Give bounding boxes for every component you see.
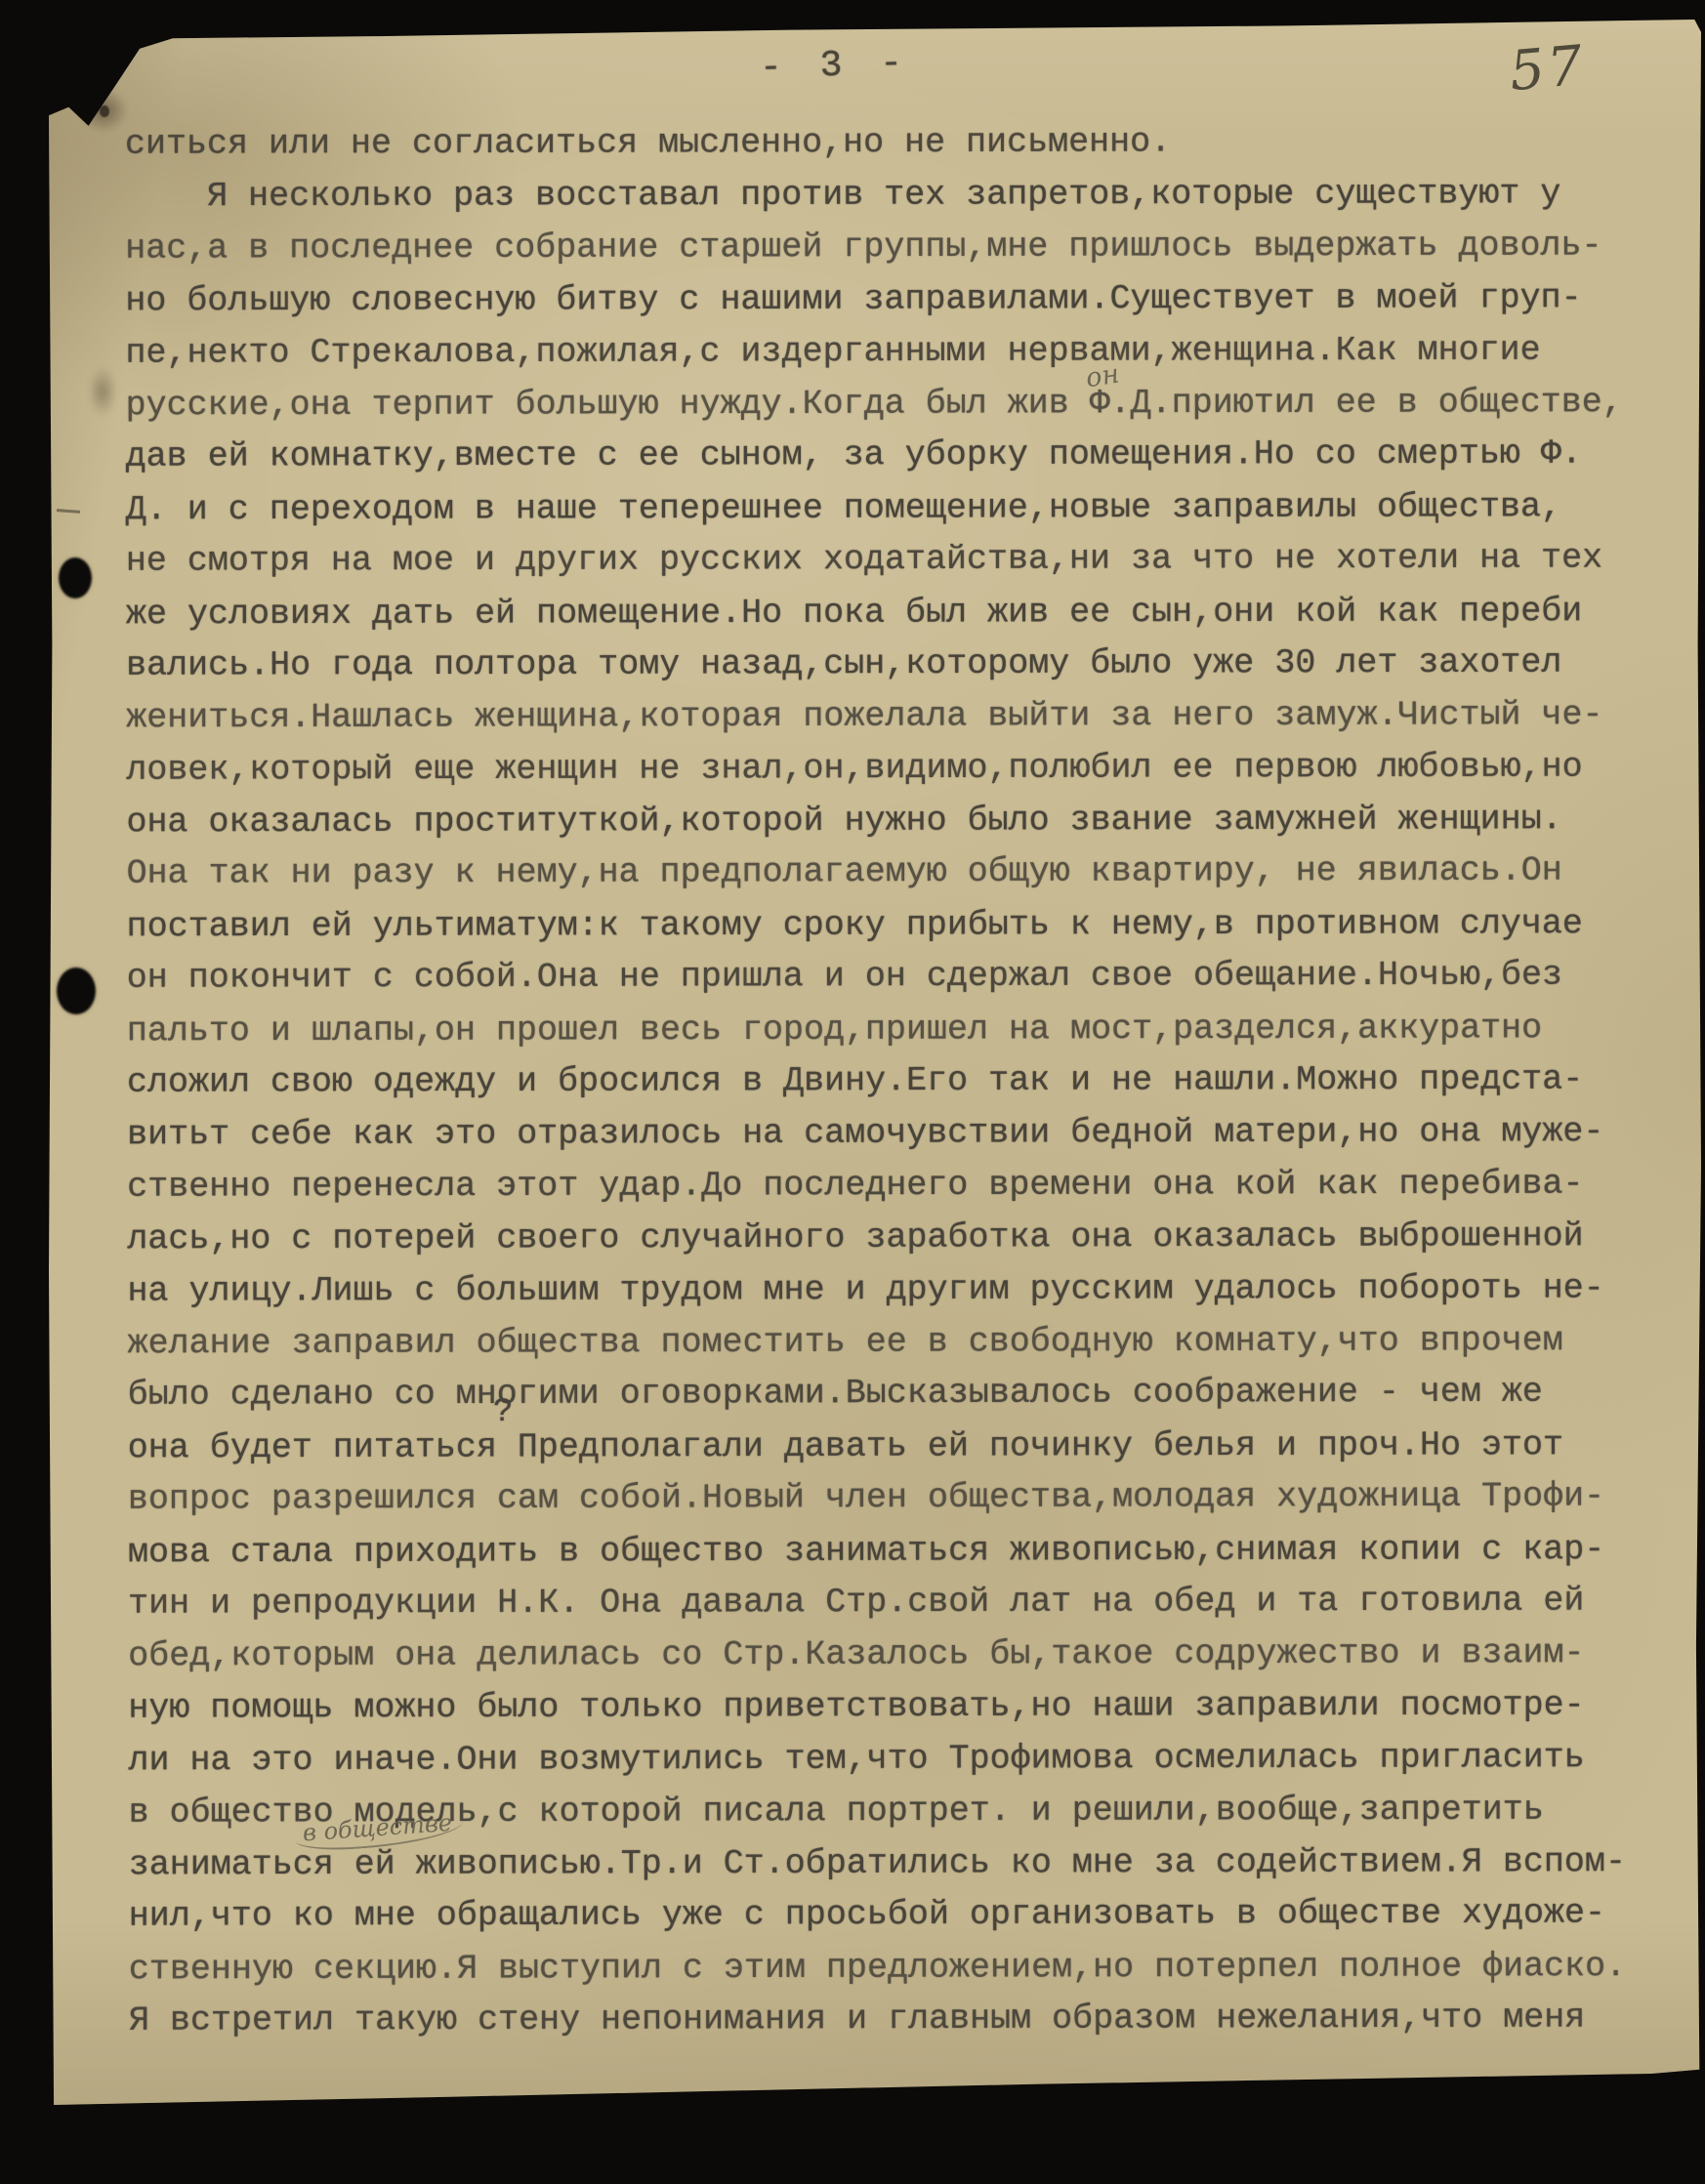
text-line: ловек,который еще женщин не знал,он,види… [126,741,1705,797]
punch-hole [57,968,96,1014]
text-line: нил,что ко мне обращались уже с просьбой… [129,1888,1705,1944]
text-line: русские,она терпит большую нужду.Когда б… [125,377,1705,433]
text-line: пе,некто Стрекалова,пожилая,с издерганны… [125,324,1705,380]
text-line: жениться.Нашлась женщина,которая пожелал… [126,689,1705,745]
text-line: же условиях дать ей помещение.Но пока бы… [126,585,1705,640]
text-line: вопрос разрешился сам собой.Новый член о… [128,1470,1705,1526]
text-line: ную помощь можно было только приветствов… [128,1679,1705,1735]
text-line: не смотря на мое и других русских ходата… [126,532,1705,588]
text-line: ственно перенесла этот удар.До последнег… [127,1158,1705,1214]
text-line: пальто и шлапы,он прошел весь город,приш… [127,1003,1705,1058]
text-line: витьт себе как это отразилось на самочув… [127,1106,1705,1162]
paper-sheet: - 3 - 57 ситься или не согласиться мысле… [49,20,1701,2105]
text-line: она оказалась проституткой,которой нужно… [126,794,1705,849]
text-line: сложил свою одежду и бросился в Двину.Ег… [127,1053,1705,1109]
text-line: желание заправил общества поместить ее в… [128,1315,1705,1371]
text-line: она будет питаться Предполагали давать е… [128,1420,1705,1475]
page-number: - 3 - [759,42,910,89]
text-line: лась,но с потерей своего случайного зара… [127,1211,1705,1266]
folio-number-handwritten: 57 [1507,34,1588,103]
text-line: мова стала приходить в общество занимать… [128,1523,1705,1579]
text-line: Д. и с переходом в наше теперешнее помещ… [126,481,1705,537]
text-line: Я несколько раз восставал против тех зап… [125,168,1705,224]
text-line: обед,которым она делилась со Стр.Казалос… [128,1628,1705,1683]
document-scan: - 3 - 57 ситься или не согласиться мысле… [0,0,1705,2184]
text-line: вались.Но года полтора тому назад,сын,ко… [126,637,1705,692]
text-line: ли на это иначе.Они возмутились тем,что … [128,1732,1705,1788]
text-line: ситься или не согласиться мысленно,но не… [125,115,1705,171]
text-line: дав ей комнатку,вместе с ее сыном, за уб… [126,429,1705,484]
text-line: Я встретил такую стену непонимания и гла… [129,1992,1705,2047]
text-line: на улицу.Лишь с большим трудом мне и дру… [127,1262,1705,1318]
ink-speck [100,105,109,117]
text-line: ственную секцию.Я выступил с этим предло… [129,1941,1705,1997]
text-line: Она так ни разу к нему,на предполагаемую… [126,845,1705,901]
text-line: было сделано со многими оговорками.Выска… [128,1367,1705,1422]
punch-hole [59,557,92,598]
handwritten-insertion-on: он [1084,359,1121,394]
ink-smudge [88,366,117,417]
raised-question-mark: ? [493,1394,513,1431]
text-line: но большую словесную битву с нашими запр… [125,272,1705,328]
text-line: нас,а в последнее собрание старшей групп… [125,220,1705,275]
text-line: он покончит с собой.Она не пришла и он с… [127,950,1705,1006]
margin-mark [57,509,80,514]
typed-text: ситься или не согласиться мысленно,но не… [125,115,1705,2047]
text-line: тин и репродукции Н.К. Она давала Стр.св… [128,1575,1705,1630]
text-line: поставил ей ультиматум:к такому сроку пр… [127,898,1705,954]
